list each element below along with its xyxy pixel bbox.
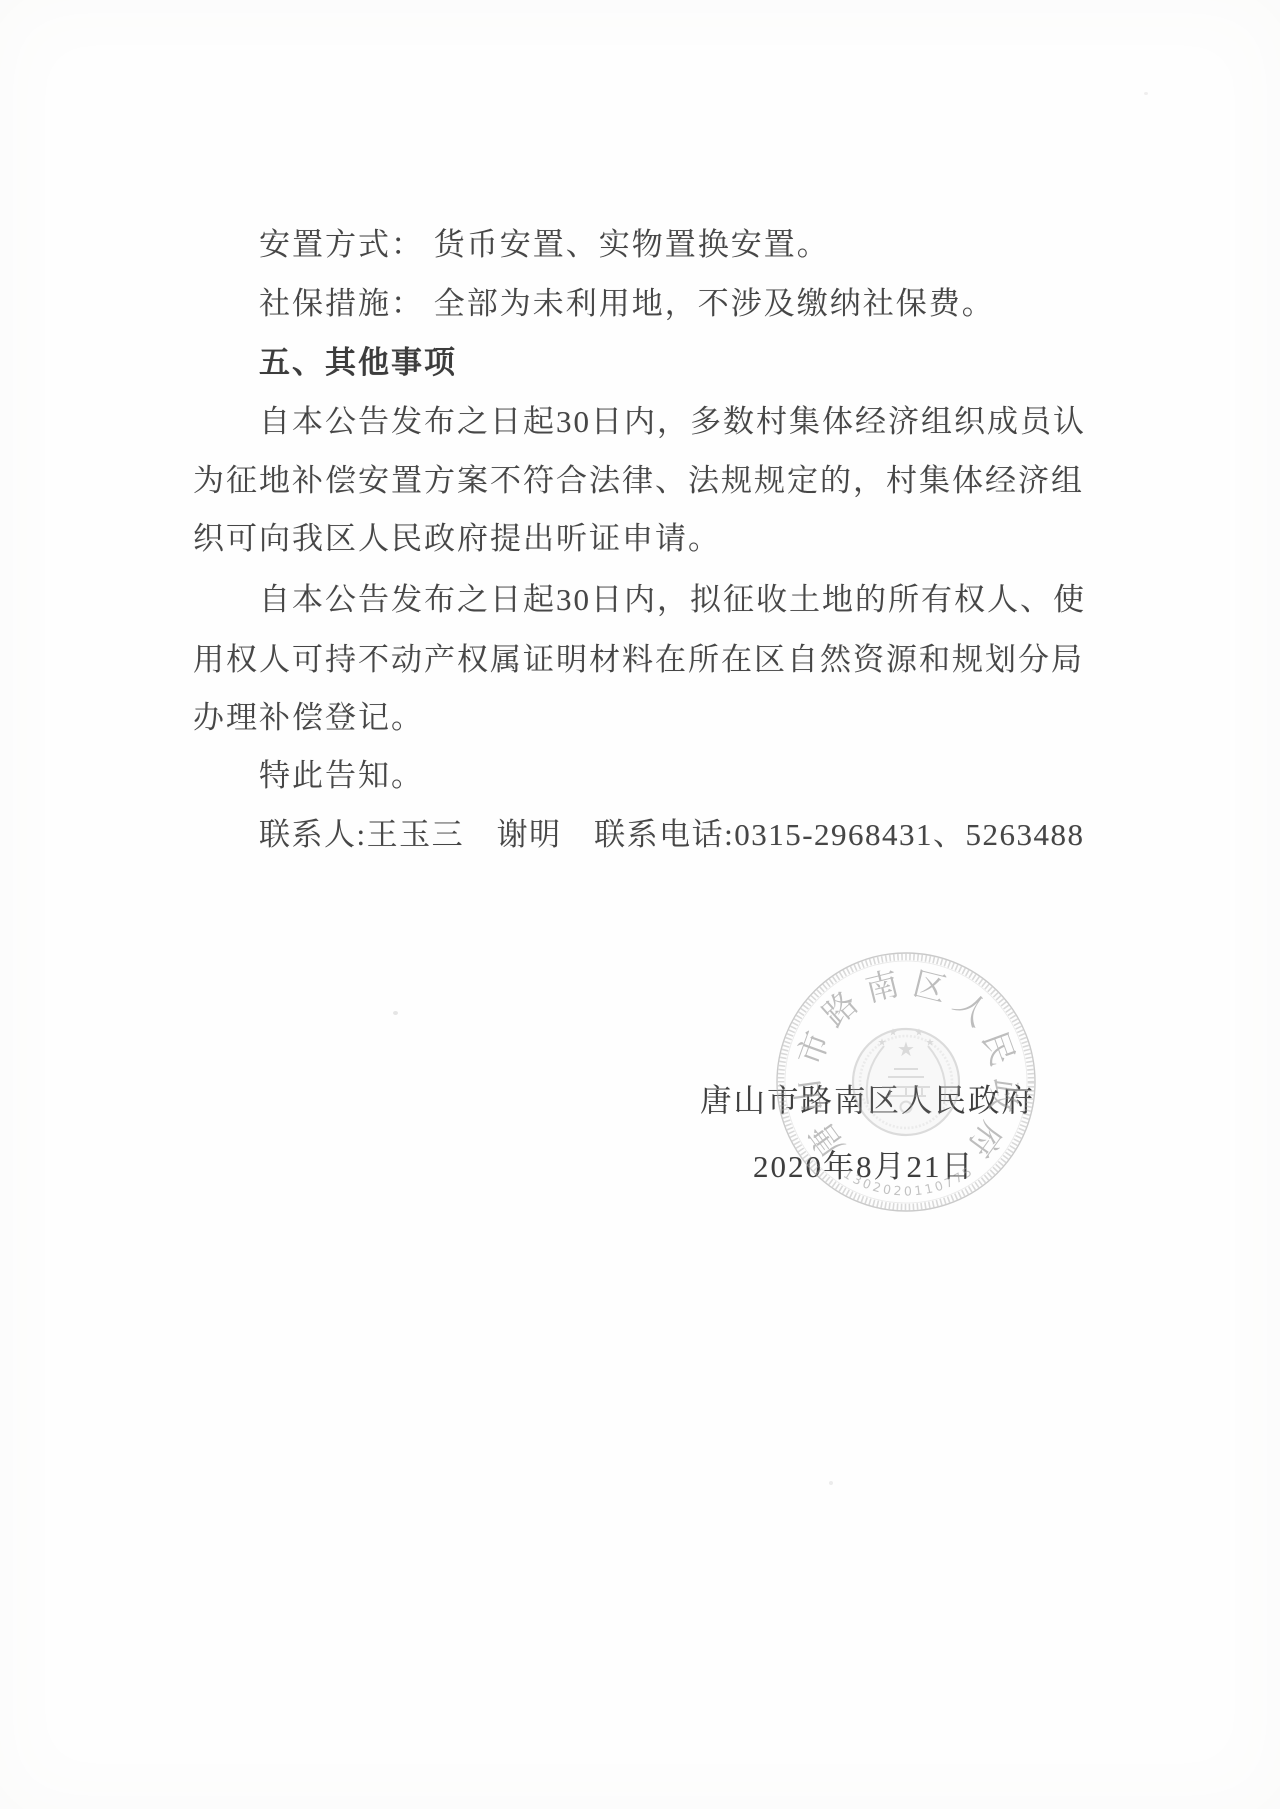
scan-speck <box>1144 92 1148 95</box>
seal-arc-char-8: 政 <box>982 1077 1023 1115</box>
seal-arc-char-7: 民 <box>975 1027 1020 1070</box>
contact-line: 联系人:王玉三 谢明 联系电话:0315-2968431、5263488 <box>259 816 1085 854</box>
closing-line: 特此告知。 <box>259 757 424 795</box>
seal-serial-digit-4: 0 <box>882 1181 892 1197</box>
paragraph-hearing-line-1: 自本公告发布之日起30日内，多数村集体经济组织成员认 <box>259 403 1086 441</box>
paragraph-registration-line-2: 用权人可持不动产权属证明材料在所在区自然资源和规划分局 <box>193 641 1084 679</box>
emblem-star-icon: ★ <box>897 1039 915 1061</box>
seal-arc-char-9: 府 <box>960 1115 1009 1163</box>
seal-serial-digit-7: 1 <box>914 1182 924 1198</box>
paragraph-registration-line-3: 办理补偿登记。 <box>193 699 424 737</box>
emblem-star-icon: ★ <box>889 1028 898 1039</box>
emblem-star-icon: ★ <box>926 1038 935 1049</box>
resettlement-method-line: 安置方式： 货币安置、实物置换安置。 <box>259 226 830 264</box>
scan-speck <box>829 1481 833 1485</box>
scanned-document-page: 安置方式： 货币安置、实物置换安置。 社保措施： 全部为未利用地，不涉及缴纳社保… <box>0 0 1280 1809</box>
seal-arc-char-2: 市 <box>791 1027 837 1071</box>
paragraph-registration-line-1: 自本公告发布之日起30日内，拟征收土地的所有权人、使 <box>259 581 1086 619</box>
seal-arc-char-4: 南 <box>862 965 903 1009</box>
emblem-star-icon: ★ <box>878 1038 887 1049</box>
seal-arc-char-3: 路 <box>816 985 865 1035</box>
seal-arc-char-5: 区 <box>909 966 950 1009</box>
seal-arc-char-0: 唐 <box>802 1115 851 1163</box>
seal-serial-digit-6: 0 <box>904 1183 912 1198</box>
paragraph-hearing-line-2: 为征地补偿安置方案不符合法律、法规规定的，村集体经济组 <box>193 462 1084 500</box>
emblem-star-icon: ★ <box>915 1028 924 1039</box>
scan-speck <box>393 1011 398 1015</box>
seal-serial-digit-5: 2 <box>893 1183 902 1199</box>
national-emblem: ★ ★ ★ ★ ★ <box>853 1028 959 1136</box>
social-security-line: 社保措施： 全部为未利用地，不涉及缴纳社保费。 <box>259 285 995 323</box>
seal-serial-digit-3: 2 <box>871 1179 883 1196</box>
seal-serial-number: 1 3 0 2 0 2 0 1 1 0 7 7 5 <box>841 1164 975 1199</box>
seal-serial-digit-8: 1 <box>923 1180 934 1196</box>
seal-arc-char-1: 山 <box>790 1077 830 1115</box>
section-heading-other-matters: 五、其他事项 <box>259 344 457 382</box>
official-seal: 唐 山 市 路 南 区 人 民 政 府 ★ ★ ★ ★ ★ <box>770 946 1042 1218</box>
paragraph-hearing-line-3: 织可向我区人民政府提出听证申请。 <box>193 520 721 558</box>
